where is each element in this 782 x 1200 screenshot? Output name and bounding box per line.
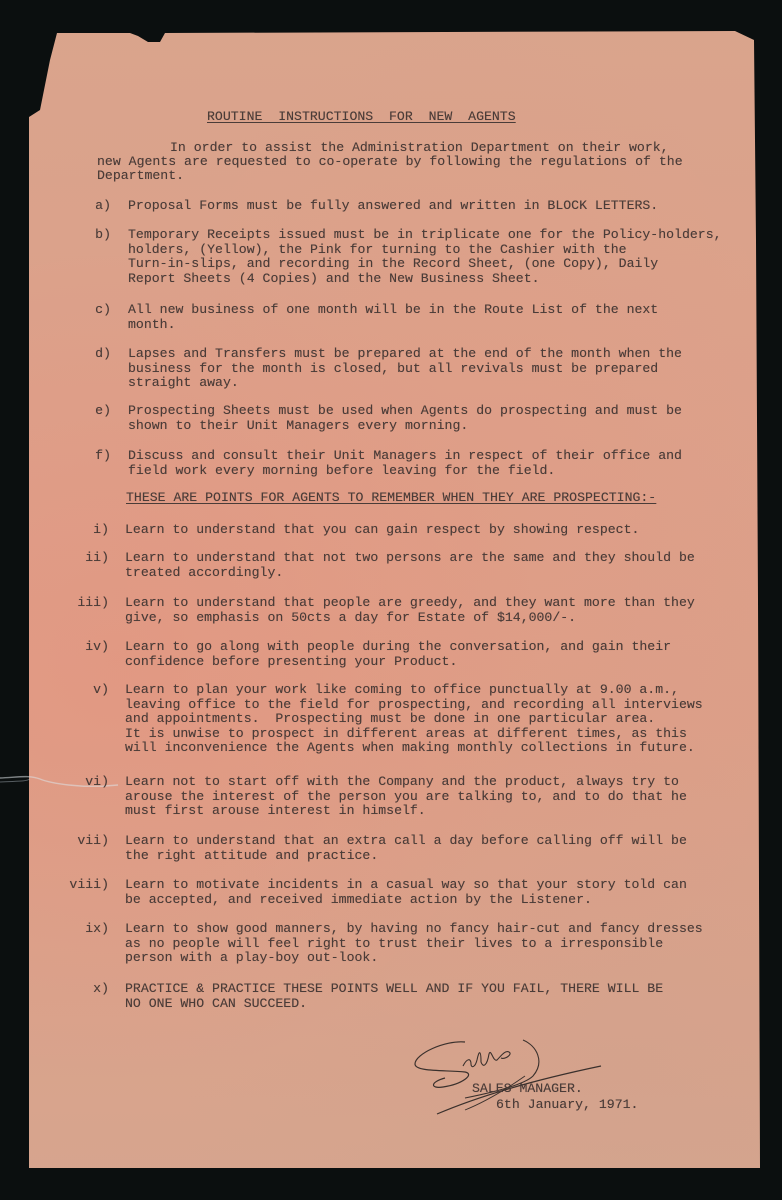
item-line: Lapses and Transfers must be prepared at… — [128, 347, 682, 361]
item-line: Turn-in-slips, and recording in the Reco… — [128, 257, 658, 271]
item-line: Learn to go along with people during the… — [125, 640, 671, 654]
intro-line: Department. — [97, 169, 184, 183]
item-line: as no people will feel right to trust th… — [125, 937, 663, 951]
item-line: Learn to understand that you can gain re… — [125, 523, 639, 537]
item-label: d) — [51, 347, 111, 361]
item-line: Temporary Receipts issued must be in tri… — [128, 228, 722, 242]
item-line: treated accordingly. — [125, 566, 283, 580]
item-label: iv) — [49, 640, 109, 654]
item-line: will inconvenience the Agents when makin… — [125, 741, 695, 755]
item-line: straight away. — [128, 376, 239, 390]
item-label: f) — [51, 449, 111, 463]
item-label: c) — [51, 303, 111, 317]
intro-line: new Agents are requested to co-operate b… — [97, 155, 683, 169]
item-line: the right attitude and practice. — [125, 849, 378, 863]
item-line: and appointments. Prospecting must be do… — [125, 712, 655, 726]
item-line: It is unwise to prospect in different ar… — [125, 727, 687, 741]
item-line: Learn to show good manners, by having no… — [125, 922, 703, 936]
intro-line: In order to assist the Administration De… — [170, 141, 669, 155]
item-line: shown to their Unit Managers every morni… — [128, 419, 468, 433]
item-line: Learn not to start off with the Company … — [125, 775, 679, 789]
document-title: ROUTINE INSTRUCTIONS FOR NEW AGENTS — [207, 110, 516, 124]
item-label: a) — [51, 199, 111, 213]
item-line: confidence before presenting your Produc… — [125, 655, 457, 669]
item-label: vi) — [49, 775, 109, 789]
item-label: x) — [49, 982, 109, 996]
item-label: viii) — [49, 878, 109, 892]
item-line: must first arouse interest in himself. — [125, 804, 426, 818]
signature-date: 6th January, 1971. — [496, 1098, 638, 1112]
item-label: vii) — [49, 834, 109, 848]
signature-role: SALES MANAGER. — [472, 1082, 583, 1096]
item-line: Learn to understand that people are gree… — [125, 596, 695, 610]
item-line: Learn to understand that not two persons… — [125, 551, 695, 565]
item-label: b) — [51, 228, 111, 242]
item-line: Learn to understand that an extra call a… — [125, 834, 687, 848]
item-label: ix) — [49, 922, 109, 936]
item-line: be accepted, and received immediate acti… — [125, 893, 592, 907]
item-line: business for the month is closed, but al… — [128, 362, 658, 376]
item-label: v) — [49, 683, 109, 697]
item-line: arouse the interest of the person you ar… — [125, 790, 687, 804]
item-line: NO ONE WHO CAN SUCCEED. — [125, 997, 307, 1011]
item-line: give, so emphasis on 50cts a day for Est… — [125, 611, 576, 625]
item-line: Discuss and consult their Unit Managers … — [128, 449, 682, 463]
item-line: field work every morning before leaving … — [128, 464, 555, 478]
item-line: holders, (Yellow), the Pink for turning … — [128, 243, 627, 257]
item-line: Learn to plan your work like coming to o… — [125, 683, 679, 697]
item-line: PRACTICE & PRACTICE THESE POINTS WELL AN… — [125, 982, 663, 996]
item-label: i) — [49, 523, 109, 537]
item-line: leaving office to the field for prospect… — [125, 698, 703, 712]
item-label: e) — [51, 404, 111, 418]
item-line: Report Sheets (4 Copies) and the New Bus… — [128, 272, 540, 286]
item-line: Proposal Forms must be fully answered an… — [128, 199, 658, 213]
item-line: Prospecting Sheets must be used when Age… — [128, 404, 682, 418]
item-line: Learn to motivate incidents in a casual … — [125, 878, 687, 892]
item-line: person with a play-boy out-look. — [125, 951, 378, 965]
item-line: All new business of one month will be in… — [128, 303, 658, 317]
item-line: month. — [128, 318, 175, 332]
item-label: iii) — [49, 596, 109, 610]
points-heading: THESE ARE POINTS FOR AGENTS TO REMEMBER … — [126, 491, 656, 505]
item-label: ii) — [49, 551, 109, 565]
